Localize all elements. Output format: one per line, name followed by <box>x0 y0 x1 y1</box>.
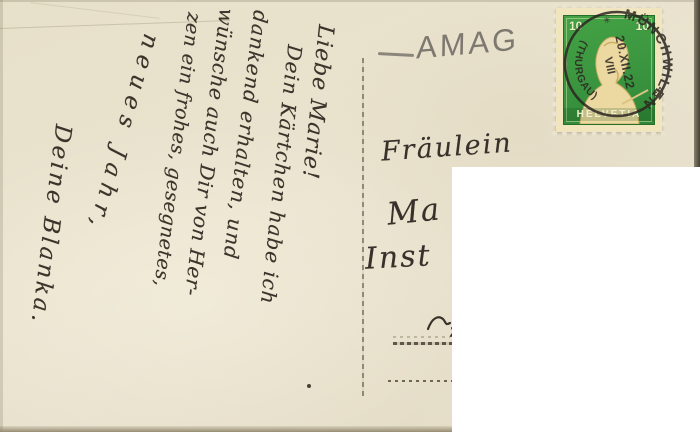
postmark-time: VIII <box>602 56 617 75</box>
postmark-region: (THURGAU) <box>566 37 602 106</box>
pencil-dash <box>378 52 414 57</box>
message-line-6: neues Jahr, <box>82 31 164 237</box>
postmark-date: 20.XII.22 <box>612 34 637 90</box>
card-edge-top <box>0 0 700 2</box>
paper-crease <box>30 2 159 19</box>
address-line-2: Ma <box>385 191 443 232</box>
postcard-scan: Liebe Marie! Dein Kärtchen habe ich dank… <box>0 0 700 432</box>
ink-speck <box>307 384 311 388</box>
postmark: MÜNCHWILEN (THURGAU) 20.XII.22 VIII ✳ 43 <box>554 1 680 127</box>
card-edge-left <box>0 0 3 432</box>
address-line-1: Fräulein <box>380 127 514 167</box>
address-line-3: Inst <box>364 238 432 276</box>
address-divider-line <box>362 58 364 396</box>
postmark-star-icon: ✳ <box>601 15 612 25</box>
pencil-note: AMAG <box>416 21 520 66</box>
message-signature: Deine Blanka. <box>26 123 76 327</box>
svg-text:(THURGAU): (THURGAU) <box>566 37 602 106</box>
privacy-overlay <box>452 167 700 432</box>
scan-edge-right <box>694 0 700 168</box>
printer-imprint-microtext <box>393 342 454 345</box>
address-rule-line <box>388 380 458 382</box>
